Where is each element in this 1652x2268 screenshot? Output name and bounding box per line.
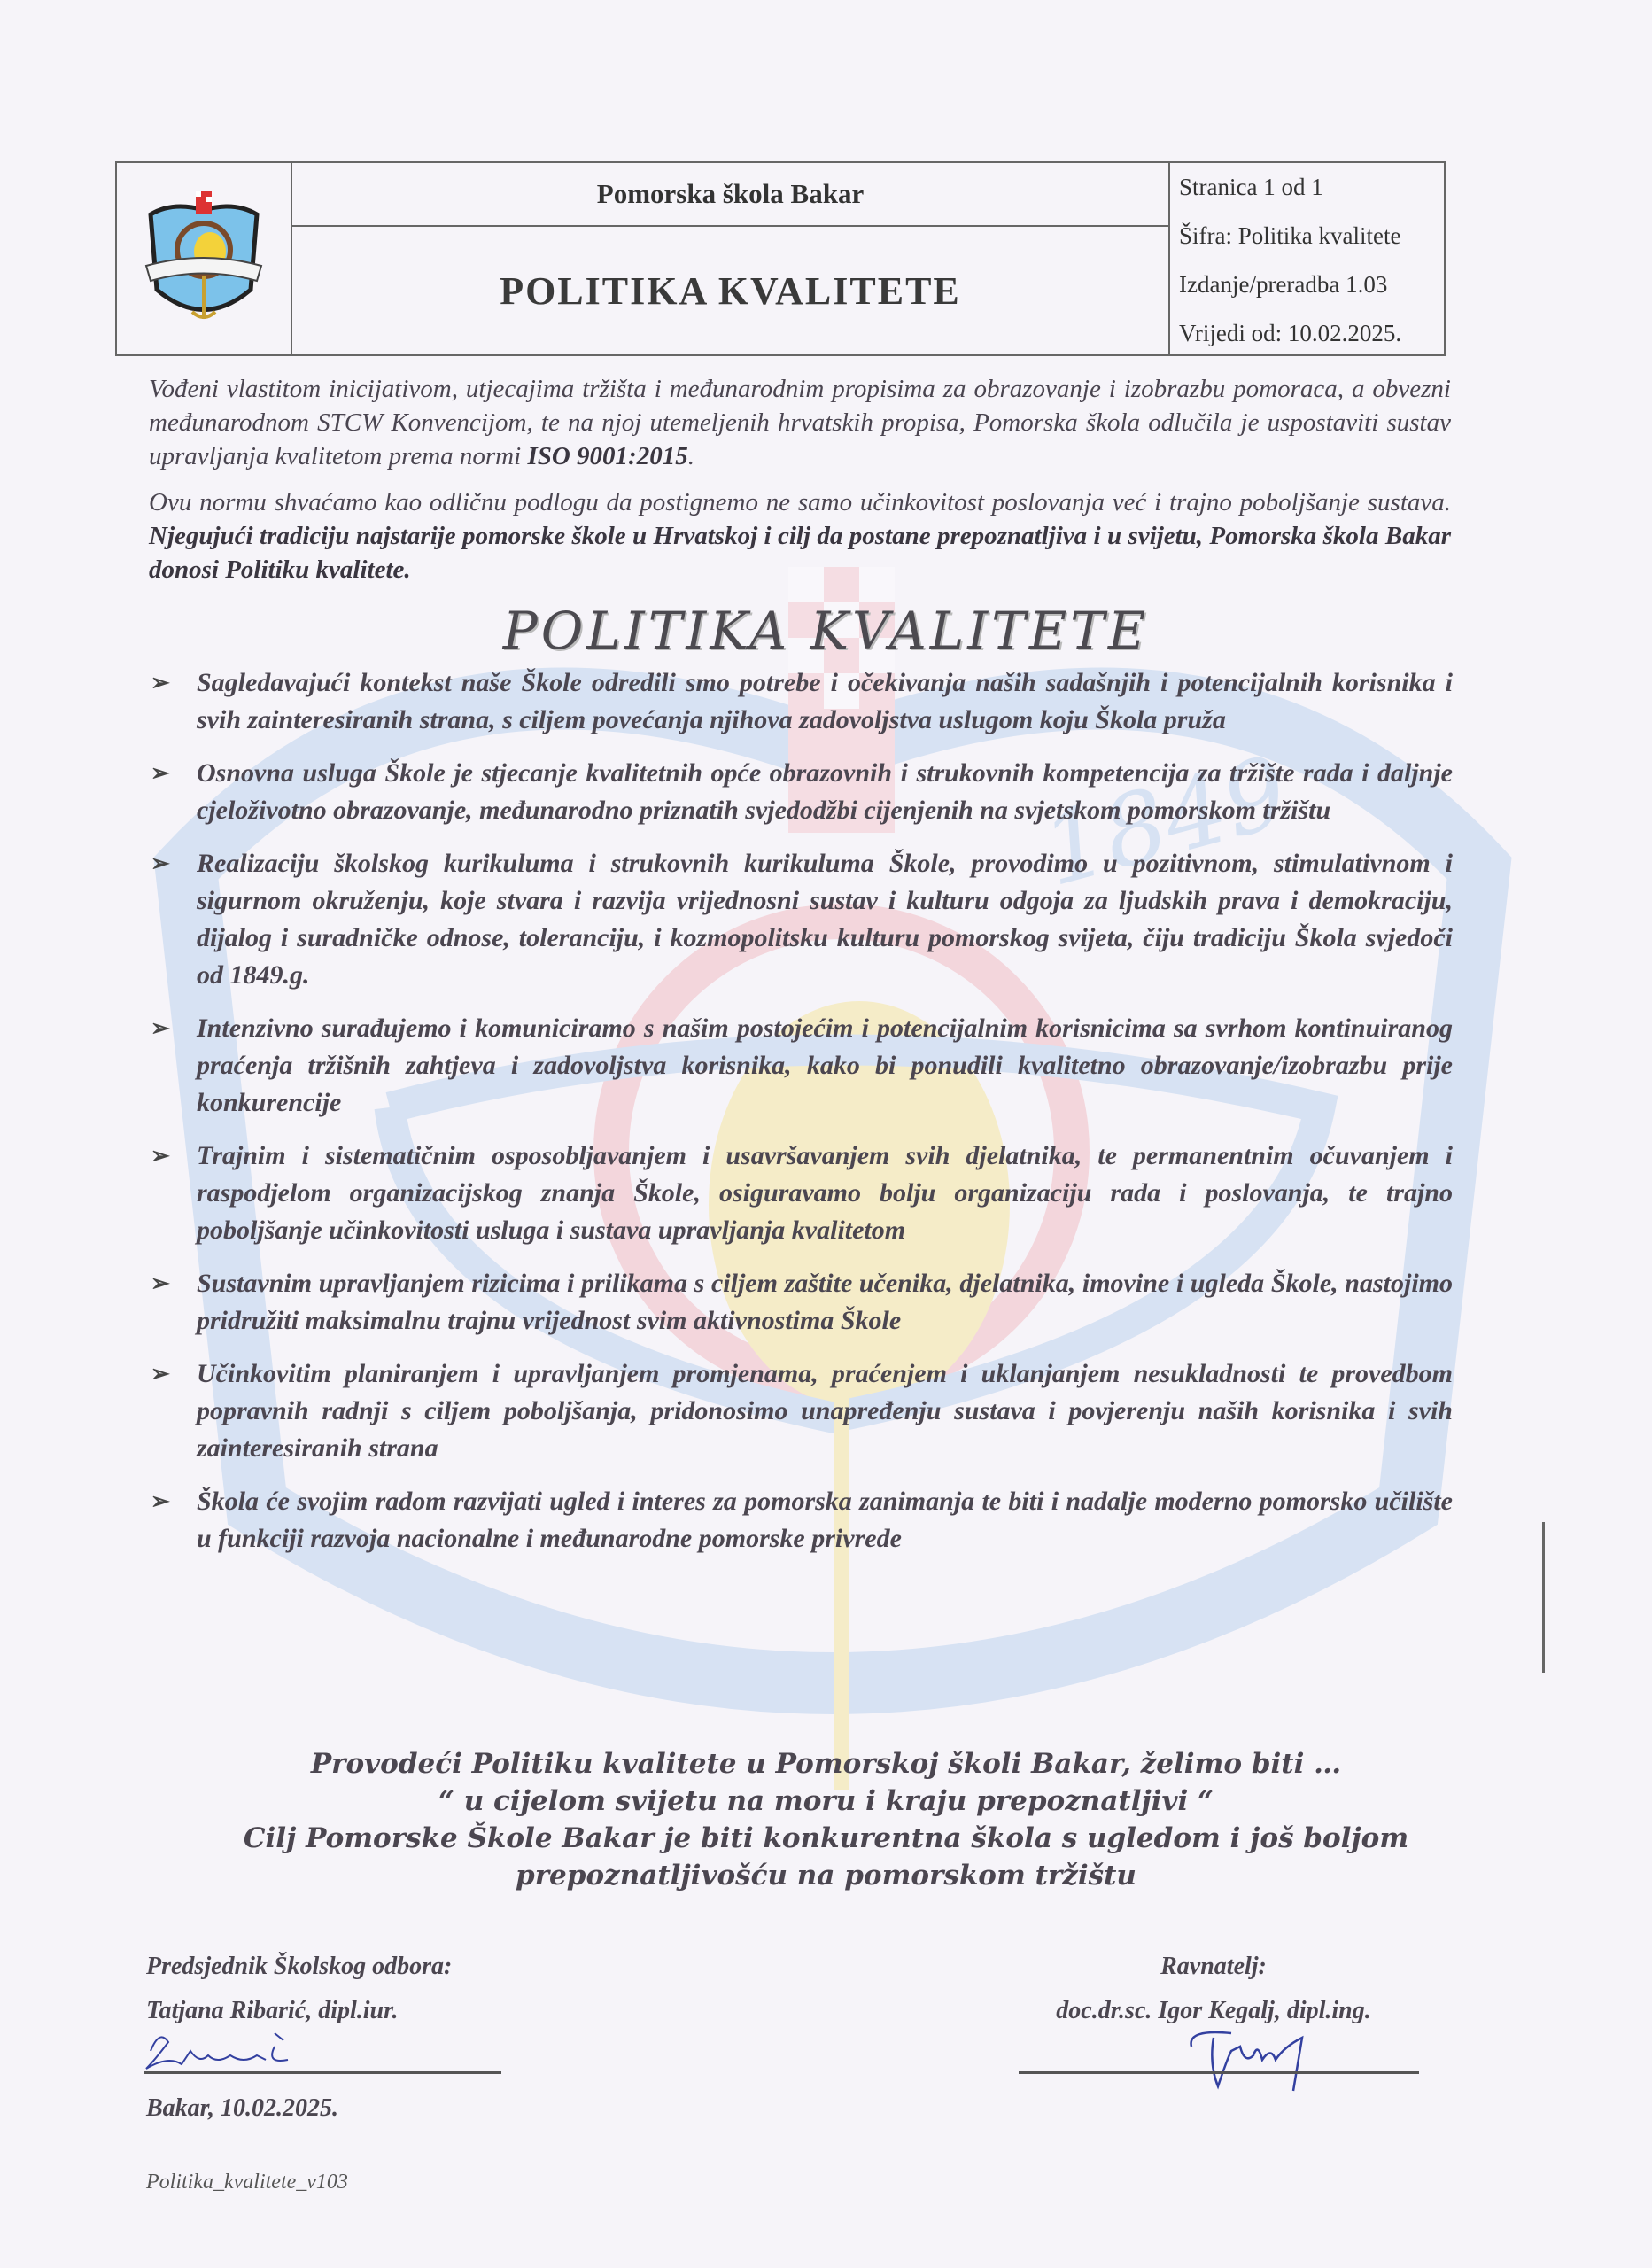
footer-document-code: Politika_kvalitete_v103 bbox=[146, 2171, 348, 2194]
document-code: Šifra: Politika kvalitete bbox=[1179, 222, 1444, 250]
document-header: Pomorska škola Bakar POLITIKA KVALITETE … bbox=[115, 161, 1446, 356]
place-date: Bakar, 10.02.2025. bbox=[146, 2086, 338, 2131]
arrow-bullet-icon: ➢ bbox=[151, 664, 170, 702]
policy-item: ➢Realizaciju školskog kurikuluma i struk… bbox=[197, 845, 1453, 994]
policy-list: ➢Sagledavajući kontekst naše Škole odred… bbox=[197, 664, 1453, 1573]
principal-role: Ravnatelj: bbox=[1019, 1945, 1408, 1989]
document-title: POLITIKA KVALITETE bbox=[292, 227, 1168, 354]
arrow-bullet-icon: ➢ bbox=[151, 1355, 170, 1393]
policy-item: ➢Intenzivno surađujemo i komuniciramo s … bbox=[197, 1010, 1453, 1122]
right-signature-line bbox=[1019, 2071, 1419, 2074]
closing-statement: Provodeći Politiku kvalitete u Pomorskoj… bbox=[0, 1745, 1652, 1894]
arrow-bullet-icon: ➢ bbox=[151, 1138, 170, 1175]
valid-from: Vrijedi od: 10.02.2025. bbox=[1179, 320, 1444, 347]
left-handwritten-signature bbox=[142, 2024, 345, 2078]
arrow-bullet-icon: ➢ bbox=[151, 845, 170, 882]
iso-standard: ISO 9001:2015 bbox=[527, 442, 687, 470]
left-signatory: Predsjednik Školskog odbora: Tatjana Rib… bbox=[146, 1945, 452, 2033]
document-meta: Stranica 1 od 1 Šifra: Politika kvalitet… bbox=[1170, 163, 1444, 354]
school-name: Pomorska škola Bakar bbox=[292, 163, 1168, 227]
right-handwritten-signature bbox=[1178, 2011, 1408, 2100]
header-middle: Pomorska škola Bakar POLITIKA KVALITETE bbox=[292, 163, 1170, 354]
policy-title: POLITIKA KVALITETE bbox=[0, 601, 1652, 661]
arrow-bullet-icon: ➢ bbox=[151, 1010, 170, 1047]
policy-item: ➢Osnovna usluga Škole je stjecanje kvali… bbox=[197, 755, 1453, 829]
arrow-bullet-icon: ➢ bbox=[151, 1483, 170, 1520]
policy-item: ➢Trajnim i sistematičnim osposobljavanje… bbox=[197, 1138, 1453, 1249]
page-indicator: Stranica 1 od 1 bbox=[1179, 174, 1444, 201]
intro-paragraph-2: Ovu normu shvaćamo kao odličnu podlogu d… bbox=[149, 485, 1451, 586]
logo-cell bbox=[117, 163, 292, 354]
policy-item: ➢Učinkovitim planiranjem i upravljanjem … bbox=[197, 1355, 1453, 1467]
policy-item: ➢Sagledavajući kontekst naše Škole odred… bbox=[197, 664, 1453, 739]
arrow-bullet-icon: ➢ bbox=[151, 755, 170, 792]
margin-mark bbox=[1542, 1522, 1545, 1673]
school-crest-logo-icon bbox=[137, 188, 270, 330]
intro-paragraph-1: Vođeni vlastitom inicijativom, utjecajim… bbox=[149, 372, 1451, 473]
policy-item: ➢Sustavnim upravljanjem rizicima i prili… bbox=[197, 1265, 1453, 1340]
left-signature-line bbox=[144, 2071, 501, 2074]
board-president-role: Predsjednik Školskog odbora: bbox=[146, 1945, 452, 1989]
policy-item: ➢Škola će svojim radom razvijati ugled i… bbox=[197, 1483, 1453, 1557]
revision: Izdanje/preradba 1.03 bbox=[1179, 271, 1444, 299]
arrow-bullet-icon: ➢ bbox=[151, 1265, 170, 1302]
